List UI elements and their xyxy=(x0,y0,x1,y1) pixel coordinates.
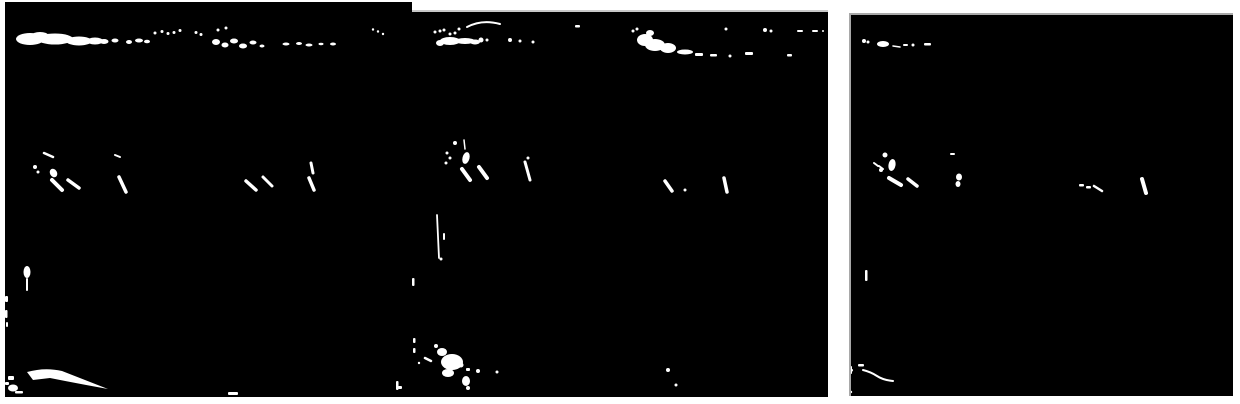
binary-frame-1 xyxy=(5,2,412,397)
binary-frame-2 xyxy=(412,10,828,397)
figure-canvas xyxy=(0,0,1240,404)
binary-frame-3 xyxy=(849,13,1233,396)
